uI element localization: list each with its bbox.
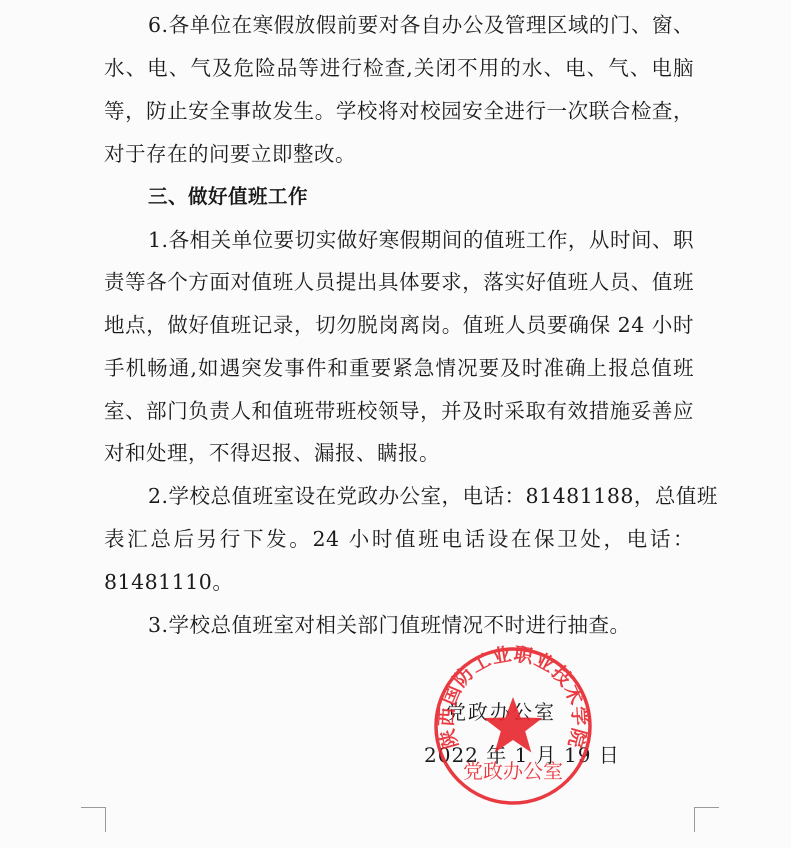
paragraph-line: 对于存在的问要立即整改。 [104,142,694,166]
paragraph-line: 3.学校总值班室对相关部门值班情况不时进行抽查。 [148,613,694,637]
paragraph-line: 对和处理，不得迟报、漏报、瞒报。 [104,441,694,465]
star-icon [484,697,543,753]
paragraph-line: 6.各单位在寒假放假前要对各自办公及管理区域的门、窗、 [148,13,694,37]
paragraph-line: 81481110。 [104,570,694,594]
paragraph-line: 手机畅通,如遇突发事件和重要紧急情况要及时准确上报总值班 [104,356,694,380]
paragraph-line: 1.各相关单位要切实做好寒假期间的值班工作，从时间、职 [148,228,694,252]
paragraph-line: 2.学校总值班室设在党政办公室，电话：81481188，总值班 [148,484,694,508]
page-corner-mark-right [694,807,719,832]
page-corner-mark-left [81,807,106,832]
paragraph-line: 水、电、气及危险品等进行检查,关闭不用的水、电、气、电脑 [104,56,694,80]
official-seal: 陕西国防工业职业技术学院 党政办公室 [432,645,594,807]
paragraph-line: 地点，做好值班记录，切勿脱岗离岗。值班人员要确保 24 小时 [104,313,694,337]
document-page: 6.各单位在寒假放假前要对各自办公及管理区域的门、窗、 水、电、气及危险品等进行… [0,0,791,848]
paragraph-line: 室、部门负责人和值班带班校领导，并及时采取有效措施妥善应 [104,399,694,423]
section-heading: 三、做好值班工作 [148,185,694,209]
paragraph-line: 等，防止安全事故发生。学校将对校园安全进行一次联合检查， [104,99,694,123]
seal-inner-text: 党政办公室 [463,759,563,783]
paragraph-line: 表汇总后另行下发。24 小时值班电话设在保卫处，电话： [104,527,694,551]
paragraph-line: 责等各个方面对值班人员提出具体要求，落实好值班人员、值班 [104,270,694,294]
